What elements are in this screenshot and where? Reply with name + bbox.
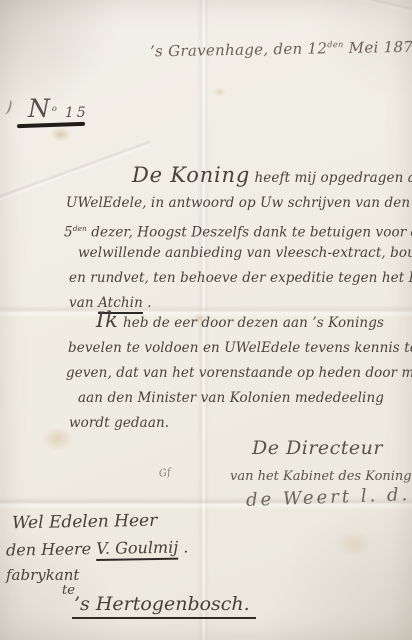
body-line: 5den dezer, Hoogst Deszelfs dank te betu… [64,216,412,241]
text-segment: . [143,295,152,311]
document-number: No15 [28,94,89,123]
edge-ink-mark [0,98,13,115]
text-segment: heeft mij opgedragen aan [250,170,412,186]
address-line-2: den Heere V. Goulmij . [6,537,189,559]
signature-title: De Directeur [252,437,383,459]
fold-crease-diagonal-2 [252,0,412,24]
body-paragraph-2: Ik heb de eer door dezen aan ’s Koningsb… [64,311,412,436]
paraph-mark: Gf [158,467,171,480]
letter-scan: ’s Gravenhage, den 12den Mei 1875 No15 D… [0,0,412,640]
text-segment: welwillende aanbieding van vleesch-extra… [78,245,412,261]
text-segment: . [178,537,189,556]
text-segment: 5 [64,225,73,241]
number-value: 15 [65,105,89,121]
text-segment: den [73,224,87,233]
signature-name: de Weert l. d. [246,484,411,511]
body-line: aan den Minister van Kolonien mededeelin… [78,386,412,411]
dateline: ’s Gravenhage, den 12den Mei 1875 [150,38,412,61]
body-line: Ik heb de eer door dezen aan ’s Konings [96,311,412,336]
text-segment: heb de eer door dezen aan ’s Konings [119,315,384,331]
text-segment: den Heere [6,539,97,560]
foxing-stain [336,530,372,557]
body-line: De Koning heeft mij opgedragen aan [132,166,412,191]
dateline-month-year: Mei 1875 [343,38,412,57]
foxing-stain [213,87,226,97]
address-salutation: Wel Edelen Heer [12,511,158,534]
text-segment: van [69,295,98,311]
body-line: welwillende aanbieding van vleesch-extra… [78,241,412,266]
body-line: bevelen te voldoen en UWelEdele tevens k… [68,336,412,361]
address-occupation: fabrykant [6,566,79,584]
number-prefix: N [28,94,52,123]
text-segment: dezer, Hoogst Deszelfs dank te betuigen … [87,225,412,241]
text-segment: aan den Minister van Kolonien mededeelin… [78,390,384,406]
body-line: UWelEdele, in antwoord op Uw schrijven v… [66,191,412,216]
text-segment: en rundvet, ten behoeve der expeditie te… [69,270,412,286]
text-segment: geven, dat van het vorenstaande op heden… [66,365,412,381]
number-ordinal: o [52,103,57,113]
text-segment: UWelEdele, in antwoord op Uw schrijven v… [66,195,410,211]
foxing-stain [50,127,71,142]
body-paragraph-1: De Koning heeft mij opgedragen aanUWelEd… [64,166,412,316]
dateline-place-day: ’s Gravenhage, den 12 [150,39,328,60]
address-city-text: ’s Hertogenbosch. [72,593,256,619]
signature-office: van het Kabinet des Konings. [230,469,412,484]
body-line: en rundvet, ten behoeve der expeditie te… [69,266,412,291]
text-segment: Ik [96,308,119,332]
text-segment: De Koning [132,163,250,187]
text-segment: bevelen te voldoen en UWelEdele tevens k… [68,340,412,356]
address-city: ’s Hertogenbosch. [72,593,256,615]
text-segment: V. Goulmij [96,538,178,561]
body-line: geven, dat van het vorenstaande op heden… [66,361,412,386]
dateline-ordinal-suffix: den [327,39,344,49]
text-segment: wordt gedaan. [69,415,169,431]
body-line: wordt gedaan. [69,411,412,436]
